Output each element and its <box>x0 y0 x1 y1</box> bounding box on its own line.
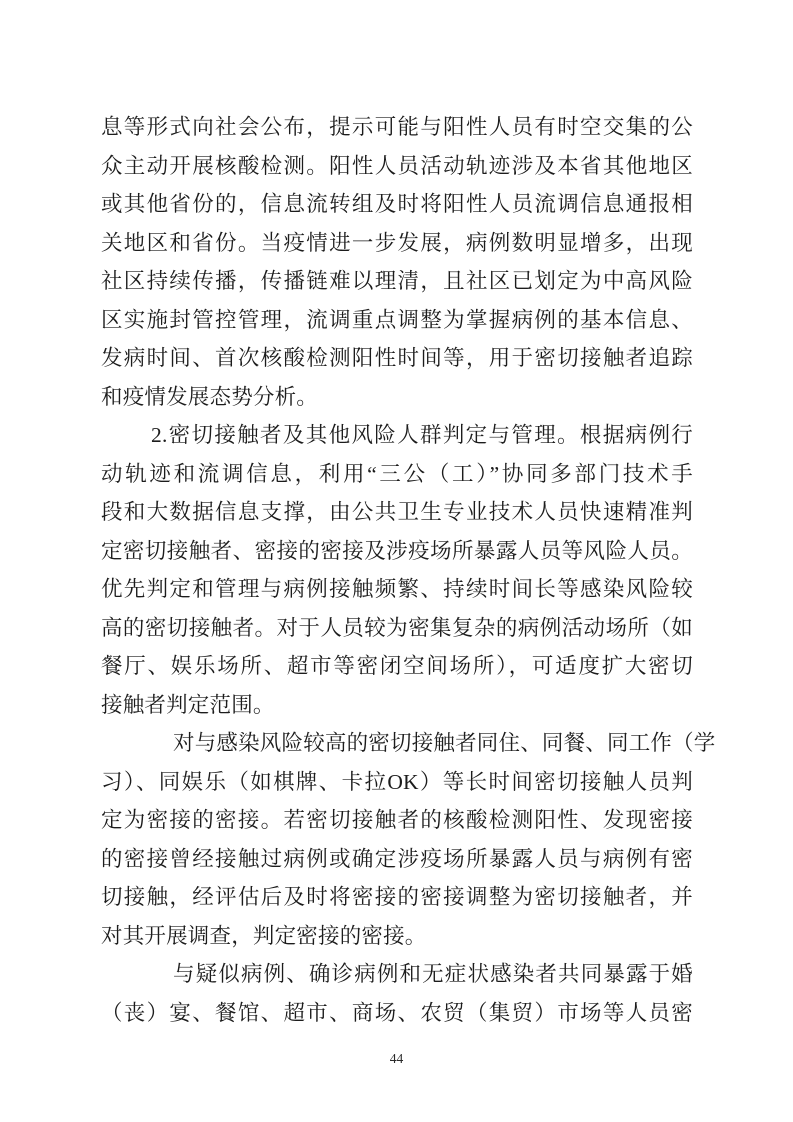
text-line: 发病时间、首次核酸检测阳性时间等，用于密切接触者追踪 <box>101 339 693 378</box>
text-line: 区实施封管控管理，流调重点调整为掌握病例的基本信息、 <box>101 301 693 340</box>
text-line: 与疑似病例、确诊病例和无症状感染者共同暴露于婚 <box>101 955 693 994</box>
text-line: 动轨迹和流调信息，利用“三公（工）”协同多部门技术手 <box>101 455 693 494</box>
text-line: （丧）宴、餐馆、超市、商场、农贸（集贸）市场等人员密 <box>101 994 693 1033</box>
text-line: 高的密切接触者。对于人员较为密集复杂的病例活动场所（如 <box>101 609 693 648</box>
text-line: 2.密切接触者及其他风险人群判定与管理。根据病例行 <box>101 416 693 455</box>
text-block: 息等形式向社会公布，提示可能与阳性人员有时空交集的公众主动开展核酸检测。阳性人员… <box>101 108 693 1032</box>
text-line: 切接触，经评估后及时将密接的密接调整为密切接触者，并 <box>101 878 693 917</box>
text-line: 段和大数据信息支撑，由公共卫生专业技术人员快速精准判 <box>101 493 693 532</box>
text-line: 息等形式向社会公布，提示可能与阳性人员有时空交集的公 <box>101 108 693 147</box>
text-line: 餐厅、娱乐场所、超市等密闭空间场所），可适度扩大密切 <box>101 647 693 686</box>
text-line: 的密接曾经接触过病例或确定涉疫场所暴露人员与病例有密 <box>101 840 693 879</box>
text-line: 对其开展调查，判定密接的密接。 <box>101 917 693 956</box>
text-line: 和疫情发展态势分析。 <box>101 378 693 417</box>
text-line: 众主动开展核酸检测。阳性人员活动轨迹涉及本省其他地区 <box>101 147 693 186</box>
document-page: 息等形式向社会公布，提示可能与阳性人员有时空交集的公众主动开展核酸检测。阳性人员… <box>0 0 793 1122</box>
text-line: 对与感染风险较高的密切接触者同住、同餐、同工作（学 <box>101 724 693 763</box>
text-line: 接触者判定范围。 <box>101 686 693 725</box>
text-line: 关地区和省份。当疫情进一步发展，病例数明显增多，出现 <box>101 224 693 263</box>
text-line: 社区持续传播，传播链难以理清，且社区已划定为中高风险 <box>101 262 693 301</box>
text-line: 优先判定和管理与病例接触频繁、持续时间长等感染风险较 <box>101 570 693 609</box>
text-line: 习）、同娱乐（如棋牌、卡拉OK）等长时间密切接触人员判 <box>101 763 693 802</box>
text-line: 或其他省份的，信息流转组及时将阳性人员流调信息通报相 <box>101 185 693 224</box>
text-line: 定为密接的密接。若密切接触者的核酸检测阳性、发现密接 <box>101 801 693 840</box>
text-line: 定密切接触者、密接的密接及涉疫场所暴露人员等风险人员。 <box>101 532 693 571</box>
page-number: 44 <box>0 1051 793 1067</box>
